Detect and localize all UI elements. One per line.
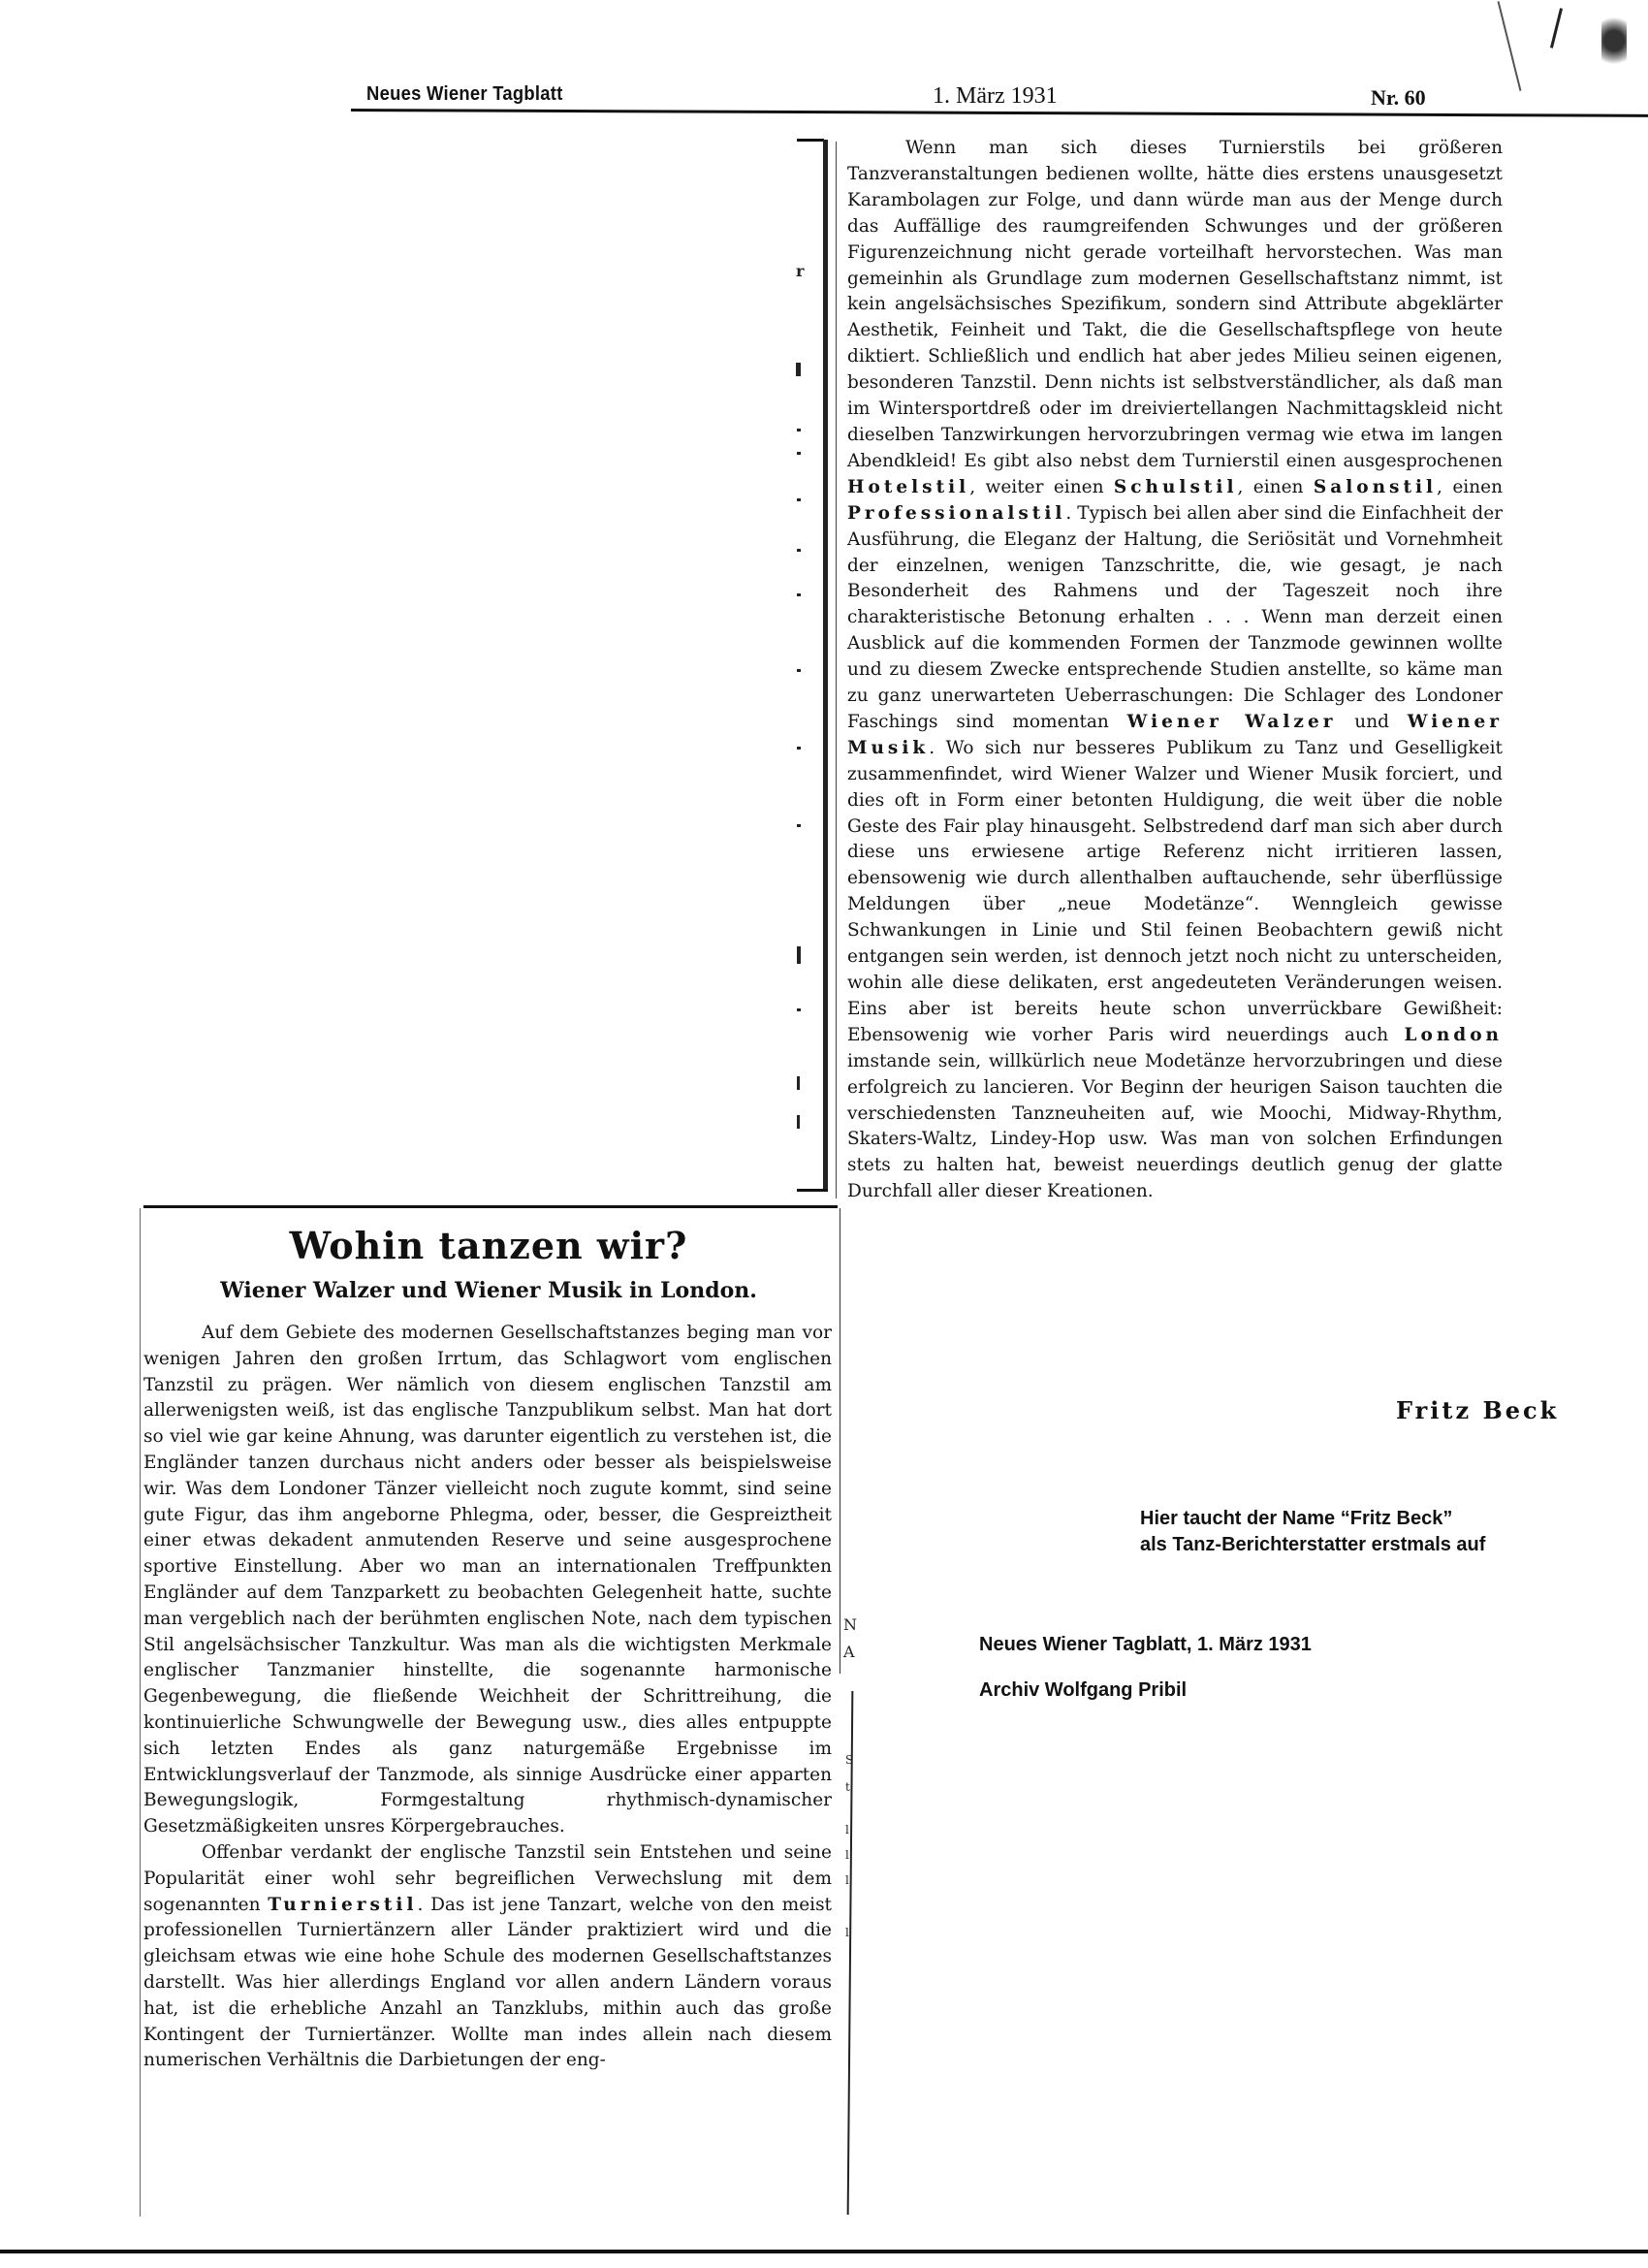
- scan-artifact-line: [1498, 1, 1522, 91]
- margin-fragment: [797, 452, 801, 455]
- paragraph-text: imstande sein, willkürlich neue Modetänz…: [847, 1051, 1503, 1202]
- margin-fragment: l: [845, 1926, 849, 1939]
- article-subtitle: Wiener Walzer und Wiener Musik in London…: [143, 1278, 834, 1303]
- paragraph-text: , einen: [1237, 477, 1313, 497]
- spaced-term: Professionalstil: [847, 503, 1065, 524]
- scan-artifact-blot: [1601, 10, 1627, 72]
- paragraph-text: Wenn man sich dieses Turnierstils bei gr…: [847, 138, 1503, 471]
- author-signature: Fritz Beck: [1396, 1396, 1559, 1424]
- annotation-line: als Tanz-Berichterstatter erstmals auf: [1140, 1532, 1485, 1558]
- margin-fragment: [797, 669, 801, 672]
- margin-fragment: [796, 363, 801, 376]
- margin-fragment: [797, 549, 801, 552]
- paragraph: Auf dem Gebiete des modernen Gesellschaf…: [143, 1321, 832, 1840]
- spaced-term: London: [1404, 1025, 1503, 1045]
- archive-credit: Archiv Wolfgang Pribil: [979, 1677, 1187, 1704]
- paragraph-text: . Typisch bei allen aber sind die Einfac…: [847, 503, 1503, 732]
- paragraph-text: . Das ist jene Tanzart, welche von den m…: [143, 1895, 832, 2071]
- annotation-note: Hier taucht der Name “Fritz Beck” als Ta…: [1140, 1506, 1485, 1558]
- article-title: Wohin tanzen wir?: [143, 1224, 834, 1267]
- margin-fragment: [797, 429, 801, 431]
- margin-fragment: [797, 1115, 800, 1129]
- spaced-term: Schulstil: [1114, 477, 1238, 497]
- spaced-term: Salonstil: [1314, 477, 1437, 497]
- source-citation: Neues Wiener Tagblatt, 1. März 1931: [979, 1632, 1312, 1658]
- article-continuation-column: Wenn man sich dieses Turnierstils bei gr…: [847, 136, 1503, 1205]
- scan-artifact-line: [1550, 8, 1563, 48]
- spaced-term: Hotelstil: [847, 477, 969, 497]
- headline-rule: [143, 1205, 838, 1208]
- article-body-column: Auf dem Gebiete des modernen Gesellschaf…: [143, 1321, 832, 2074]
- margin-fragment: [797, 1008, 801, 1011]
- issue-date: 1. März 1931: [933, 83, 1058, 110]
- left-column-border: [140, 1208, 141, 2217]
- margin-fragment: [797, 1076, 800, 1090]
- margin-fragment: l: [845, 1873, 849, 1887]
- margin-fragment: l: [845, 1848, 849, 1862]
- paragraph-text: . Wo sich nur besseres Publikum zu Tanz …: [847, 738, 1503, 1045]
- margin-fragment: l: [845, 1823, 849, 1837]
- margin-fragment: [797, 824, 801, 827]
- margin-fragment: N: [843, 1615, 857, 1634]
- margin-fragment: A: [843, 1643, 855, 1661]
- margin-fragment: [797, 747, 801, 750]
- margin-fragment: [797, 946, 801, 964]
- margin-fragment: [797, 498, 801, 501]
- paragraph-text: , einen: [1437, 477, 1503, 497]
- spaced-term: Turnierstil: [268, 1895, 417, 1915]
- column-rule-bottom-left: [797, 1189, 828, 1192]
- right-column-border-lower: [847, 1691, 854, 2215]
- margin-fragment: r: [796, 262, 804, 280]
- column-separator: [836, 142, 837, 1198]
- annotation-line: Hier taucht der Name “Fritz Beck”: [1140, 1506, 1485, 1532]
- right-column-border: [840, 1208, 840, 1674]
- spaced-term: Wiener Walzer: [1127, 712, 1337, 732]
- newspaper-name: Neues Wiener Tagblatt: [366, 83, 563, 106]
- margin-fragment: [797, 593, 801, 596]
- column-rule-top-left: [797, 139, 824, 142]
- page-bottom-rule: [0, 2250, 1648, 2253]
- masthead-rule: [351, 109, 1648, 117]
- margin-fragment: t: [845, 1780, 850, 1794]
- issue-number: Nr. 60: [1371, 85, 1426, 111]
- paragraph: Offenbar verdankt der englische Tanzstil…: [143, 1840, 832, 2074]
- paragraph-text: und: [1336, 712, 1407, 732]
- column-rule-vertical-thick: [823, 140, 828, 1189]
- paragraph-text: , weiter einen: [969, 477, 1114, 497]
- margin-fragment: S: [845, 1753, 853, 1767]
